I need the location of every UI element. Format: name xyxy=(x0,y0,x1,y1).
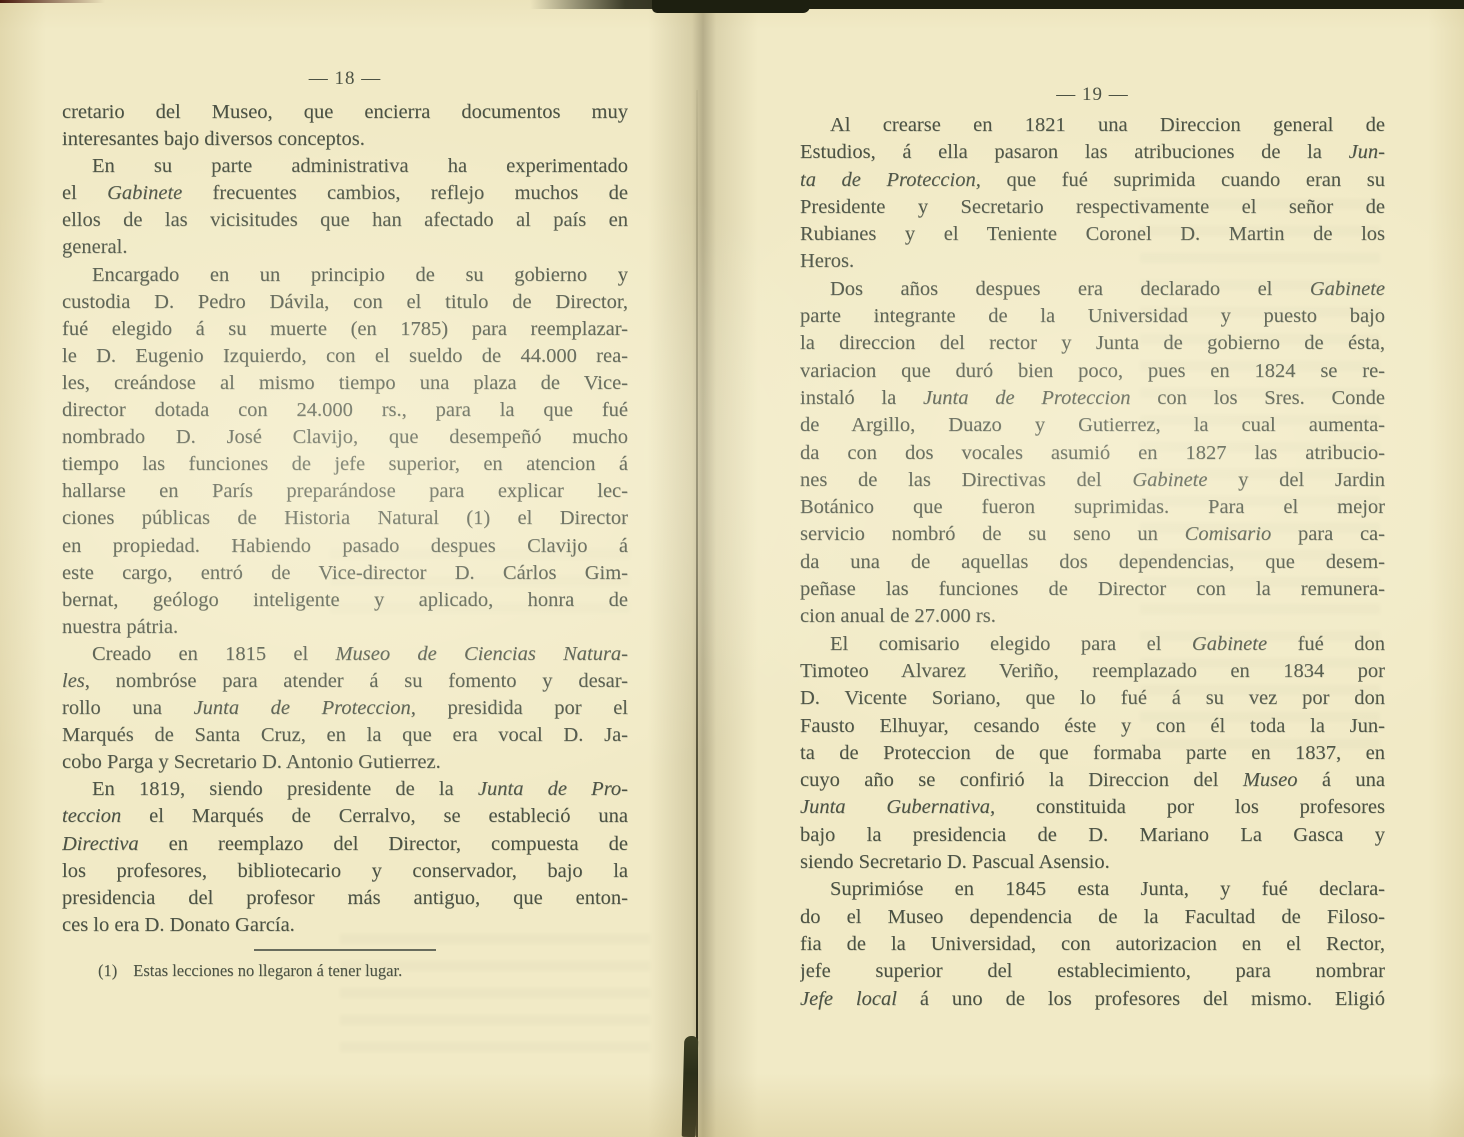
text-line: Encargado en un principio de su gobierno… xyxy=(62,262,628,289)
text-line: la direccion del rector y Junta de gobie… xyxy=(800,330,1385,357)
text-line: director dotada con 24.000 rs., para la … xyxy=(62,397,628,424)
text-line: parte integrante de la Universidad y pue… xyxy=(800,303,1385,330)
text-line: los profesores, bibliotecario y conserva… xyxy=(62,858,628,885)
text-line: nuestra pátria. xyxy=(62,614,628,641)
text-line: ta de Proteccion, que fué suprimida cuan… xyxy=(800,167,1385,194)
text-line: fué elegido á su muerte (en 1785) para r… xyxy=(62,316,628,343)
text-line: Suprimióse en 1845 esta Junta, y fué dec… xyxy=(800,876,1385,903)
text-line: En 1819, siendo presidente de la Junta d… xyxy=(62,776,628,803)
text-line: Botánico que fueron suprimidas. Para el … xyxy=(800,494,1385,521)
text-line: fia de la Universidad, con autorizacion … xyxy=(800,931,1385,958)
book-spine-edge xyxy=(652,0,810,13)
text-line: El comisario elegido para el Gabinete fu… xyxy=(800,631,1385,658)
text-line: custodia D. Pedro Dávila, con el titulo … xyxy=(62,289,628,316)
text-line: le D. Eugenio Izquierdo, con el sueldo d… xyxy=(62,343,628,370)
footnote-rule xyxy=(254,949,436,951)
gutter-fold-line xyxy=(696,90,698,1137)
text-line: Al crearse en 1821 una Direccion general… xyxy=(800,112,1385,139)
page-19: — 19 — Al crearse en 1821 una Direccion … xyxy=(700,0,1464,1137)
book-scan: — 18 — cretario del Museo, que encierra … xyxy=(0,0,1464,1137)
text-line: ta de Proteccion de que formaba parte en… xyxy=(800,740,1385,767)
text-line: interesantes bajo diversos conceptos. xyxy=(62,126,628,153)
text-line: presidencia del profesor más antiguo, qu… xyxy=(62,885,628,912)
page-19-text: Al crearse en 1821 una Direccion general… xyxy=(800,112,1385,1013)
text-line: rollo una Junta de Proteccion, presidida… xyxy=(62,695,628,722)
text-line: ces lo era D. Donato García. xyxy=(62,912,628,939)
page-number: — 18 — xyxy=(62,68,628,90)
text-line: En su parte administrativa ha experiment… xyxy=(62,153,628,180)
text-line: Rubianes y el Teniente Coronel D. Martin… xyxy=(800,221,1385,248)
text-line: tiempo las funciones de jefe superior, e… xyxy=(62,451,628,478)
text-line: Presidente y Secretario respectivamente … xyxy=(800,194,1385,221)
text-line: Heros. xyxy=(800,248,1385,275)
footnote-marker: (1) xyxy=(98,961,117,980)
text-line: Marqués de Santa Cruz, en la que era voc… xyxy=(62,722,628,749)
text-line: nes de las Directivas del Gabinete y del… xyxy=(800,467,1385,494)
text-line: instaló la Junta de Proteccion con los S… xyxy=(800,385,1385,412)
text-line: cuyo año se confirió la Direccion del Mu… xyxy=(800,767,1385,794)
text-line: peñase las funciones de Director con la … xyxy=(800,576,1385,603)
book-edge-top-left xyxy=(0,0,105,3)
text-line: teccion el Marqués de Cerralvo, se estab… xyxy=(62,803,628,830)
text-line: Directiva en reemplazo del Director, com… xyxy=(62,831,628,858)
text-line: les, nombróse para atender á su fomento … xyxy=(62,668,628,695)
bookmark-ribbon xyxy=(682,1036,699,1137)
text-line: bernat, geólogo inteligente y aplicado, … xyxy=(62,587,628,614)
text-line: Dos años despues era declarado el Gabine… xyxy=(800,276,1385,303)
text-line: Junta Gubernativa, constituida por los p… xyxy=(800,794,1385,821)
text-line: Jefe local á uno de los profesores del m… xyxy=(800,986,1385,1013)
text-line: jefe superior del establecimiento, para … xyxy=(800,958,1385,985)
text-line: D. Vicente Soriano, que lo fué á su vez … xyxy=(800,685,1385,712)
text-line: bajo la presidencia de D. Mariano La Gas… xyxy=(800,822,1385,849)
text-line: este cargo, entró de Vice-director D. Cá… xyxy=(62,560,628,587)
page-18: — 18 — cretario del Museo, que encierra … xyxy=(0,0,700,1137)
text-line: Estudios, á ella pasaron las atribucione… xyxy=(800,139,1385,166)
text-line: ciones públicas de Historia Natural (1) … xyxy=(62,505,628,532)
text-line: Timoteo Alvarez Veriño, reemplazado en 1… xyxy=(800,658,1385,685)
text-line: general. xyxy=(62,234,628,261)
text-line: cobo Parga y Secretario D. Antonio Gutie… xyxy=(62,749,628,776)
footnote: (1)Estas lecciones no llegaron á tener l… xyxy=(62,961,628,981)
text-line: da una de aquellas dos dependencias, que… xyxy=(800,549,1385,576)
text-line: nombrado D. José Clavijo, que desempeñó … xyxy=(62,424,628,451)
text-line: variacion que duró bien poco, pues en 18… xyxy=(800,358,1385,385)
text-line: servicio nombró de su seno un Comisario … xyxy=(800,521,1385,548)
text-line: Creado en 1815 el Museo de Ciencias Natu… xyxy=(62,641,628,668)
text-line: cion anual de 27.000 rs. xyxy=(800,603,1385,630)
text-line: da con dos vocales asumió en 1827 las at… xyxy=(800,440,1385,467)
text-line: en propiedad. Habiendo pasado despues Cl… xyxy=(62,533,628,560)
page-18-text: cretario del Museo, que encierra documen… xyxy=(62,99,628,981)
text-line: Fausto Elhuyar, cesando éste y con él to… xyxy=(800,713,1385,740)
text-line: do el Museo dependencia de la Facultad d… xyxy=(800,904,1385,931)
footnote-text: Estas lecciones no llegaron á tener luga… xyxy=(133,961,402,980)
text-line: les, creándose al mismo tiempo una plaza… xyxy=(62,370,628,397)
page-number: — 19 — xyxy=(800,84,1385,106)
text-line: hallarse en París preparándose para expl… xyxy=(62,478,628,505)
text-line: ellos de las vicisitudes que han afectad… xyxy=(62,207,628,234)
text-line: el Gabinete frecuentes cambios, reflejo … xyxy=(62,180,628,207)
text-line: cretario del Museo, que encierra documen… xyxy=(62,99,628,126)
text-line: siendo Secretario D. Pascual Asensio. xyxy=(800,849,1385,876)
text-line: de Argillo, Duazo y Gutierrez, la cual a… xyxy=(800,412,1385,439)
